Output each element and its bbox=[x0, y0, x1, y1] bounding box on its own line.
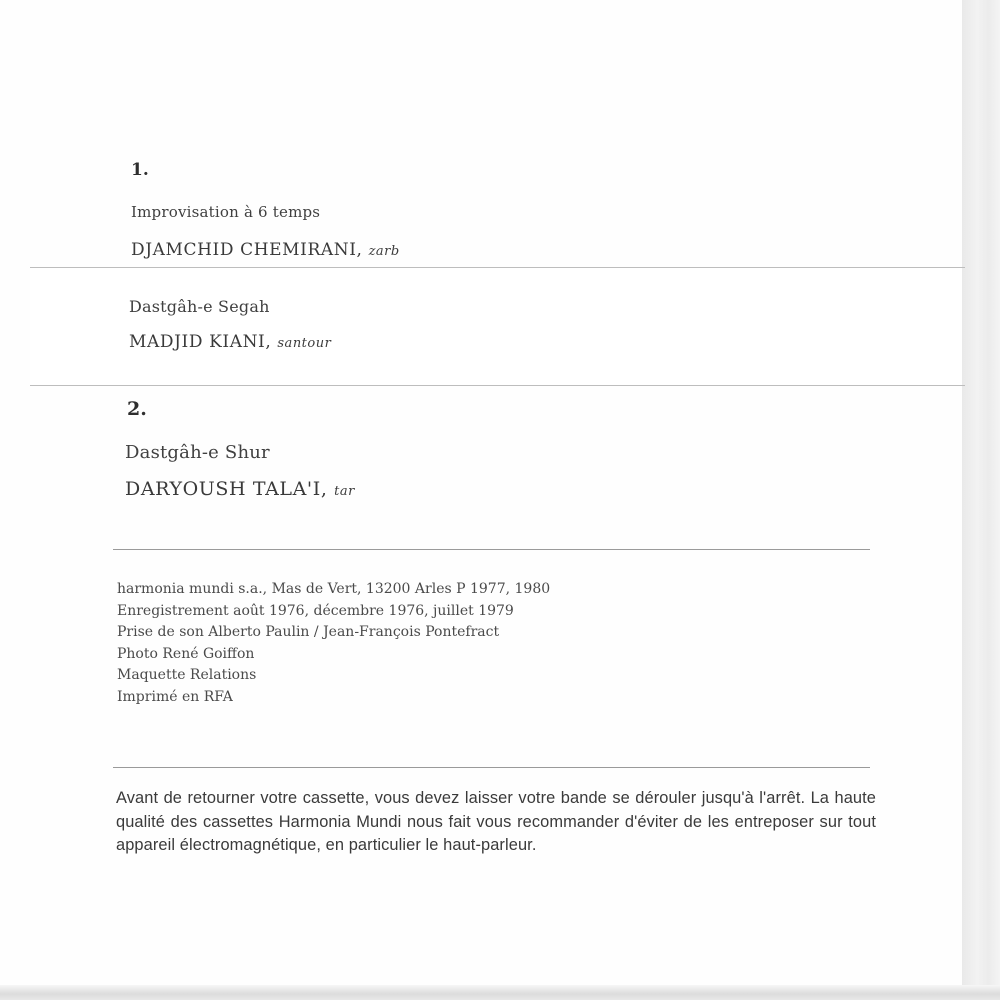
divider-rule bbox=[113, 767, 870, 768]
track-title-3: Dastgâh-e Shur bbox=[125, 442, 270, 463]
fold-line-top bbox=[30, 267, 965, 268]
credit-line-recording: Enregistrement août 1976, décembre 1976,… bbox=[117, 601, 550, 623]
track-artist-1: DJAMCHID CHEMIRANI, zarb bbox=[131, 240, 400, 260]
artist-name: DJAMCHID CHEMIRANI, bbox=[131, 240, 363, 260]
divider-rule bbox=[113, 549, 870, 550]
side-number-2: 2. bbox=[127, 398, 147, 420]
credit-line-sound: Prise de son Alberto Paulin / Jean-Franç… bbox=[117, 622, 550, 644]
side-number-1: 1. bbox=[131, 160, 149, 180]
artist-instrument: zarb bbox=[369, 244, 400, 259]
artist-name: DARYOUSH TALA'I, bbox=[125, 478, 328, 500]
folded-strip-panel bbox=[30, 268, 962, 385]
artist-instrument: santour bbox=[277, 336, 331, 351]
credit-line-printed: Imprimé en RFA bbox=[117, 687, 550, 709]
credit-line-photo: Photo René Goiffon bbox=[117, 644, 550, 666]
artist-name: MADJID KIANI, bbox=[129, 332, 271, 352]
track-artist-2: MADJID KIANI, santour bbox=[129, 332, 331, 352]
credits-block: harmonia mundi s.a., Mas de Vert, 13200 … bbox=[117, 579, 550, 708]
paper-edge-shadow-right bbox=[962, 0, 1000, 1000]
fold-line-bottom bbox=[30, 385, 965, 386]
track-artist-3: DARYOUSH TALA'I, tar bbox=[125, 478, 355, 500]
paper-edge-shadow-bottom bbox=[0, 985, 1000, 1000]
track-title-1: Improvisation à 6 temps bbox=[131, 203, 320, 221]
credit-line-label: harmonia mundi s.a., Mas de Vert, 13200 … bbox=[117, 579, 550, 601]
credit-line-design: Maquette Relations bbox=[117, 665, 550, 687]
track-title-2: Dastgâh-e Segah bbox=[129, 297, 270, 316]
care-notice: Avant de retourner votre cassette, vous … bbox=[116, 787, 876, 858]
artist-instrument: tar bbox=[334, 484, 355, 499]
